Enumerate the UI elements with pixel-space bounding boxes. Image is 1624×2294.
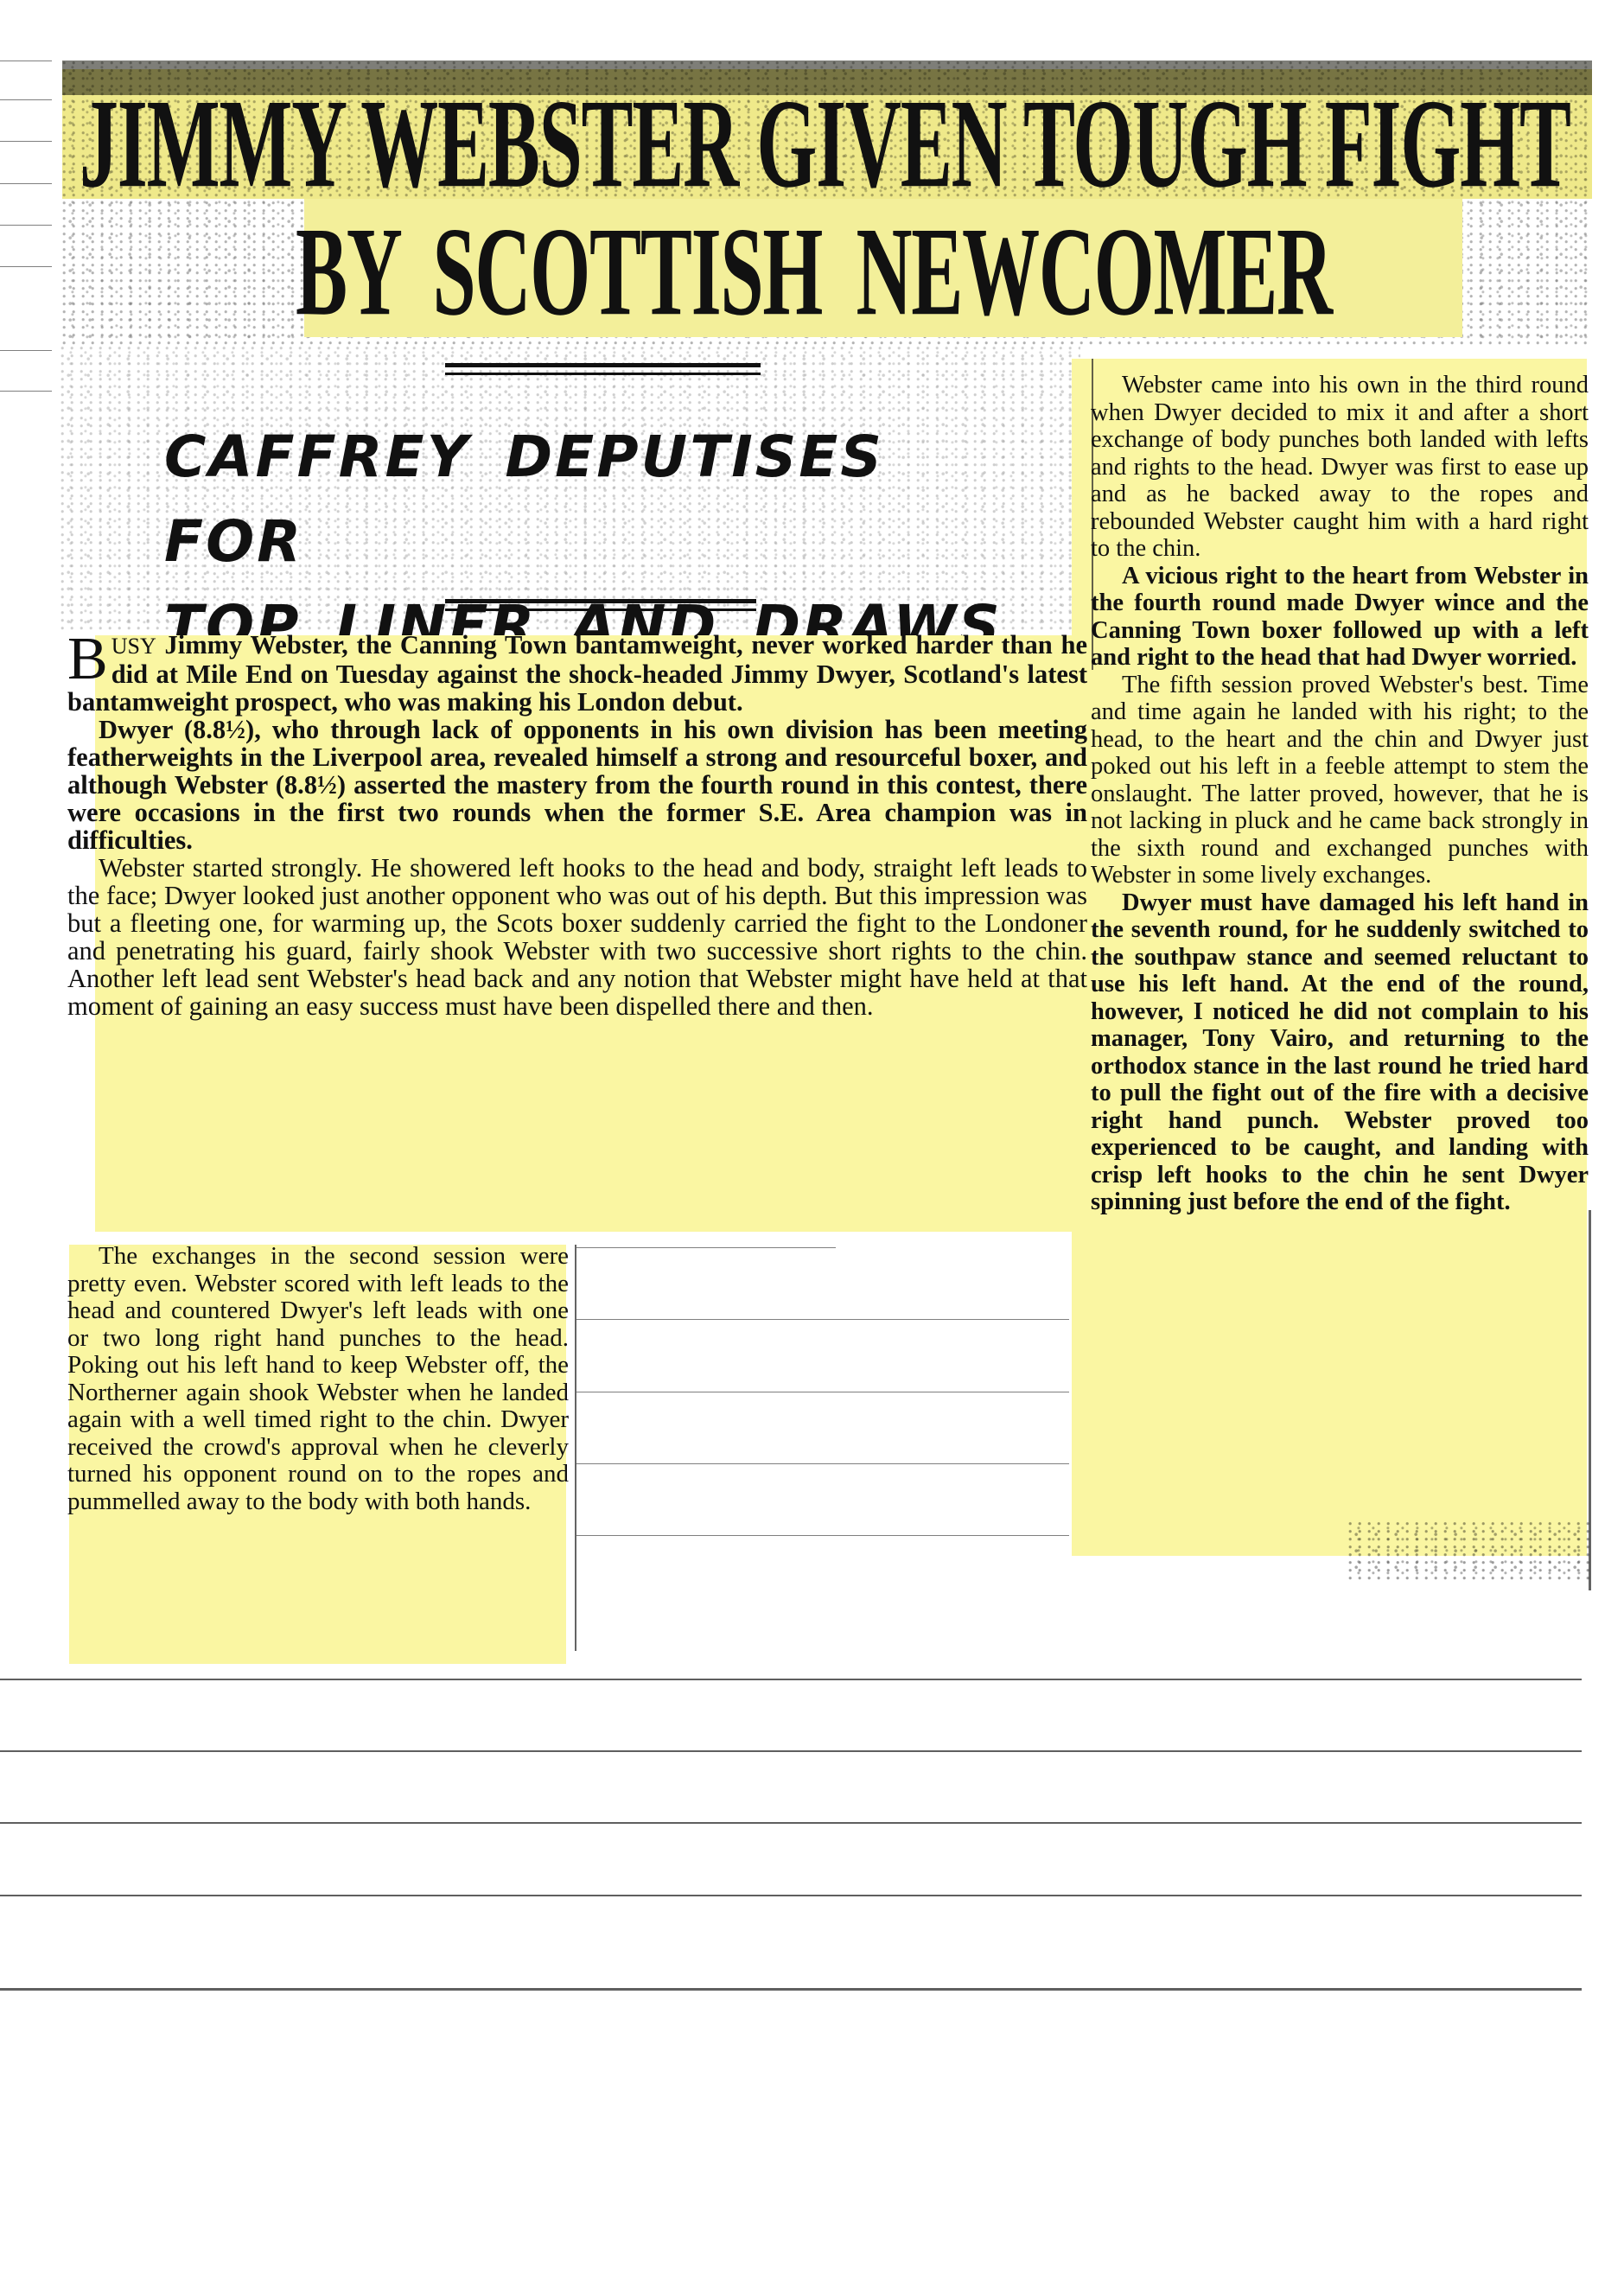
drop-cap: B: [67, 634, 108, 685]
print-noise: [1348, 1521, 1590, 1582]
ruled-line: [576, 1535, 1069, 1536]
ruled-line: [0, 61, 52, 61]
article-paragraph: BUSY Jimmy Webster, the Canning Town ban…: [67, 631, 1087, 716]
ruled-line: [576, 1463, 1069, 1464]
column-divider: [575, 1245, 576, 1651]
ruled-line: [576, 1392, 1069, 1392]
lead-caps: USY: [111, 634, 156, 659]
ruled-line: [0, 1895, 1582, 1896]
double-rule-top: [445, 363, 761, 380]
paragraph-text: Jimmy Webster, the Canning Town bantamwe…: [67, 630, 1087, 717]
article-paragraph: A vicious right to the heart from Webste…: [1091, 563, 1589, 672]
article-body-left: The exchanges in the second session were…: [67, 1243, 569, 1515]
ruled-line: [0, 99, 52, 100]
article-paragraph: The exchanges in the second session were…: [67, 1243, 569, 1515]
article-body-right: Webster came into his own in the third r…: [1091, 372, 1589, 1216]
article-paragraph: The fifth session proved Webster's best.…: [1091, 672, 1589, 889]
ruled-line: [0, 183, 52, 184]
ruled-line: [0, 350, 52, 351]
ruled-line: [0, 266, 52, 267]
article-paragraph: Webster started strongly. He showered le…: [67, 854, 1087, 1020]
ruled-line: [576, 1247, 836, 1248]
ruled-line: [576, 1319, 1069, 1320]
ruled-line: [0, 225, 52, 226]
subheadline-line-1: CAFFREY DEPUTISES FOR: [164, 415, 1037, 584]
article-body-main: BUSY Jimmy Webster, the Canning Town ban…: [67, 631, 1087, 1020]
headline-line-1: JIMMY WEBSTER GIVEN TOUGH FIGHT: [80, 71, 1570, 217]
ruled-line: [0, 1679, 1582, 1680]
ruled-line: [0, 1988, 1582, 1991]
ruled-line: [0, 141, 52, 142]
ruled-line: [0, 1822, 1582, 1824]
article-paragraph: Dwyer must have damaged his left hand in…: [1091, 889, 1589, 1216]
article-paragraph: Dwyer (8.8½), who through lack of oppone…: [67, 716, 1087, 854]
headline-line-2: BY SCOTTISH NEWCOMER: [296, 199, 1332, 345]
ruled-line: [0, 1750, 1582, 1752]
ruled-line: [0, 391, 52, 392]
article-paragraph: Webster came into his own in the third r…: [1091, 372, 1589, 563]
headline-block: JIMMY WEBSTER GIVEN TOUGH FIGHT BY SCOTT…: [62, 61, 1592, 346]
